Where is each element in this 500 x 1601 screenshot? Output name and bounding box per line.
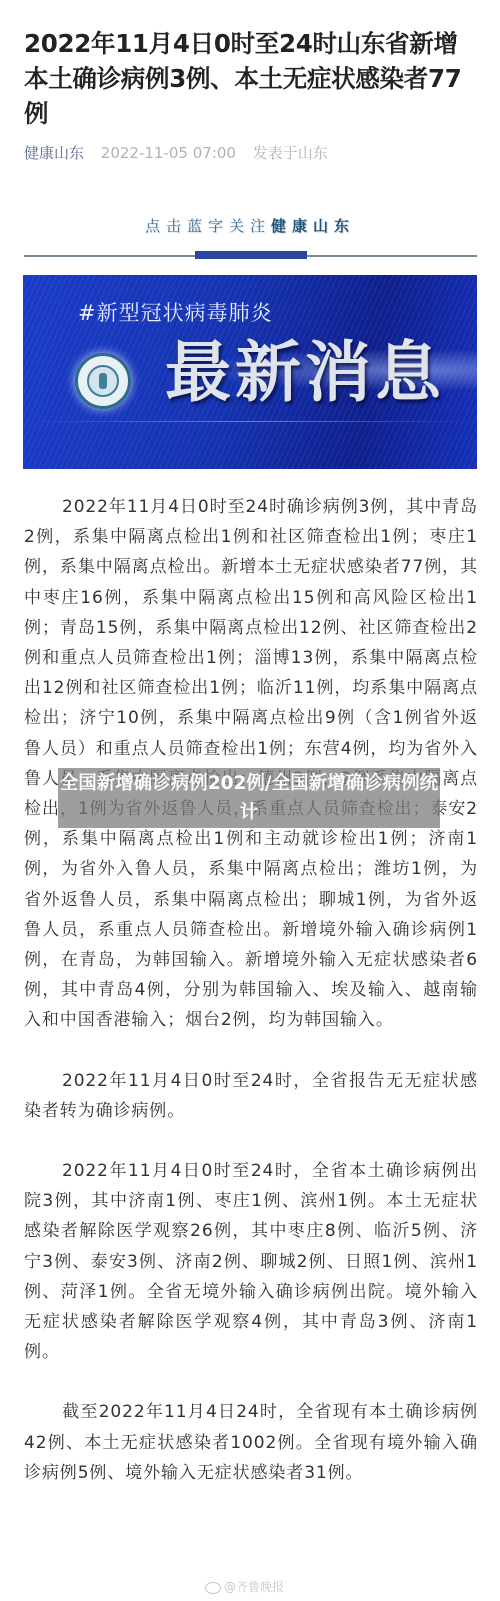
paragraph-text: 截至2022年11月4日24时，全省现有本土确诊病例42例、本土无症状感染者10… xyxy=(24,1402,478,1482)
follow-prompt[interactable]: 点击蓝字关注健康山东 xyxy=(0,215,500,236)
banner-hashtag: #新型冠状病毒肺炎 xyxy=(78,297,273,327)
watermark-text: @齐鲁晚报 xyxy=(224,1580,284,1594)
paragraph-1: 2022年11月4日0时至24时确诊病例3例，其中青岛2例，系集中隔离点检出1例… xyxy=(24,492,478,1036)
paragraph-4: 截至2022年11月4日24时，全省现有本土确诊病例42例、本土无症状感染者10… xyxy=(24,1397,478,1488)
divider-accent xyxy=(195,251,307,259)
paragraph-2: 2022年11月4日0时至24时，全省报告无无症状感染者转为确诊病例。 xyxy=(24,1066,478,1126)
paragraph-text: 2022年11月4日0时至24时，全省报告无无症状感染者转为确诊病例。 xyxy=(24,1071,478,1121)
paragraph-text: 2022年11月4日0时至24时确诊病例3例，其中青岛2例，系集中隔离点检出1例… xyxy=(24,497,478,1030)
banner-headline: 最新消息 xyxy=(165,333,445,413)
banner-light-line xyxy=(23,421,477,422)
publish-date: 2022-11-05 07:00 xyxy=(101,144,236,162)
emblem-staff xyxy=(99,373,107,389)
health-commission-emblem-icon xyxy=(75,353,131,409)
paragraph-text: 2022年11月4日0时至24时，全省本土确诊病例出院3例，其中济南1例、枣庄1… xyxy=(24,1161,478,1362)
news-banner-image: #新型冠状病毒肺炎 最新消息 xyxy=(23,275,477,469)
article-title: 2022年11月4日0时至24时山东省新增本土确诊病例3例、本土无症状感染者77… xyxy=(24,26,474,131)
paragraph-3: 2022年11月4日0时至24时，全省本土确诊病例出院3例，其中济南1例、枣庄1… xyxy=(24,1156,478,1367)
article-meta: 健康山东 2022-11-05 07:00 发表于山东 xyxy=(24,143,328,163)
follow-prefix: 点击蓝字关注 xyxy=(145,217,271,235)
article-body: 2022年11月4日0时至24时确诊病例3例，其中青岛2例，系集中隔离点检出1例… xyxy=(24,492,478,1518)
emblem-inner-ring xyxy=(87,365,119,397)
caption-overlay-text: 全国新增确诊病例202例/全国新增确诊病例统计 xyxy=(58,769,440,827)
weibo-icon xyxy=(205,1582,221,1594)
author-link[interactable]: 健康山东 xyxy=(24,144,84,162)
watermark: @齐鲁晚报 xyxy=(205,1578,284,1595)
publish-location: 发表于山东 xyxy=(253,144,328,162)
follow-account: 健康山东 xyxy=(271,217,355,235)
